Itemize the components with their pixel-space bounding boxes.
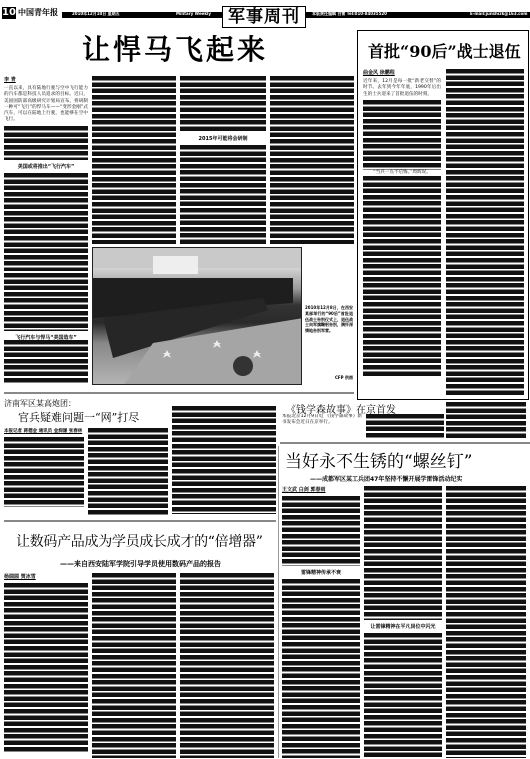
digital-subtitle: ——来自西安陆军学院引导学员使用数码产品的报告 [60, 559, 221, 569]
screw-subhead-1: 雷锋精神传承不衰 [282, 569, 360, 576]
main-article-col3: 2015年可能将会研制 [180, 76, 266, 244]
page-header: 10 中国青年报 2010年12月10日 星期五 Military Weekly… [0, 6, 530, 20]
main-article-col1: 李 青 一直以来，具有陆地行驶与空中飞行能力的汽车都是科技人员追求的目标。近日，… [4, 76, 88, 271]
sidebar-quote: “当兵一点不后悔。”周辉说。 [363, 170, 441, 176]
sidebar-lead: 近年来，12月是每一批“新老交替”的时节。去年到今年年底，1990年后出生的士兵… [363, 79, 441, 98]
header-editor-info: 本版责任编辑 白雪 Tel:010-84035520 [312, 11, 387, 17]
main-article-col2 [92, 76, 176, 244]
main-byline: 李 青 [4, 76, 88, 83]
page-number: 10 [2, 7, 16, 19]
digital-byline: 杨圆圆 贾冰雪 [4, 573, 88, 580]
header-date: 2010年12月10日 星期五 [72, 11, 120, 17]
book-lead: 本报北京12月9日电 《钱学森故事》新书发布会近日在京举行。 [282, 414, 362, 427]
sidebar-article-box: 首批“90后”战士退伍 曲金风 徐鹏程 近年来，12月是每一批“新老交替”的时节… [357, 30, 529, 400]
main-subhead-1: 美国或将推出“飞行汽车” [4, 163, 88, 170]
jinan-headline: 官兵疑难问题一“网”打尽 [18, 409, 139, 425]
photo-credit: CFP 供图 [328, 375, 353, 381]
screw-headline: 当好永不生锈的“螺丝钉” [285, 447, 472, 472]
jinan-kicker: 济南军区某高炮团： [4, 398, 76, 409]
screw-subtitle: ——成都军区某工兵团47年坚持不懈开展学雷锋活动纪实 [310, 474, 462, 483]
main-lead: 一直以来，具有陆地行驶与空中飞行能力的汽车都是科技人员追求的目标。近日，美国国防… [4, 86, 88, 124]
photo-illustration [93, 248, 302, 385]
main-article-col4 [270, 76, 354, 244]
header-email: E-mail:junshizk@163.com [470, 11, 527, 17]
header-english-name: Military Weekly [176, 11, 211, 17]
news-photo-soldiers-bowing [92, 247, 302, 385]
sidebar-byline: 曲金风 徐鹏程 [363, 69, 441, 76]
main-headline: 让悍马飞起来 [82, 28, 268, 68]
digital-headline: 让数码产品成为学员成长成才的“倍增器” [16, 531, 263, 551]
photo-caption: 2010年12月8日，在西安某部举行的“90后”首批退伍战士告别仪式上，退伍战士… [305, 305, 353, 334]
main-subhead-2: 2015年可能将会研制 [180, 135, 266, 142]
sidebar-headline: 首批“90后”战士退伍 [368, 39, 521, 62]
screw-byline: 王文武 白剑 郭春雨 [282, 486, 360, 493]
screw-subhead-2: 让雷锋精神在平凡岗位中闪光 [364, 623, 442, 630]
jinan-byline: 本报记者 蒋德金 通讯员 金润谦 张春林 [4, 428, 84, 434]
newspaper-logo: 中国青年报 [18, 7, 58, 18]
section-masthead: 军事周刊 [222, 6, 306, 28]
